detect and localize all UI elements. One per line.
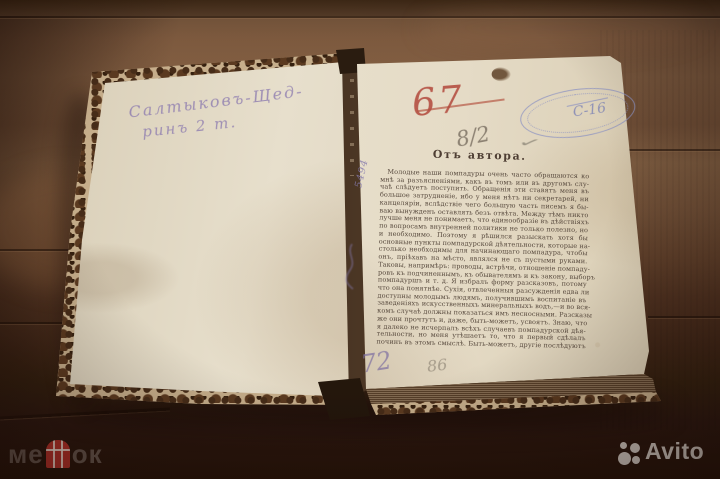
book-photo: Салтыковъ-Щед- ринъ 2 т. 67 С-16 8/2 ✓ О…: [0, 0, 720, 479]
photo-vignette: [0, 0, 720, 479]
